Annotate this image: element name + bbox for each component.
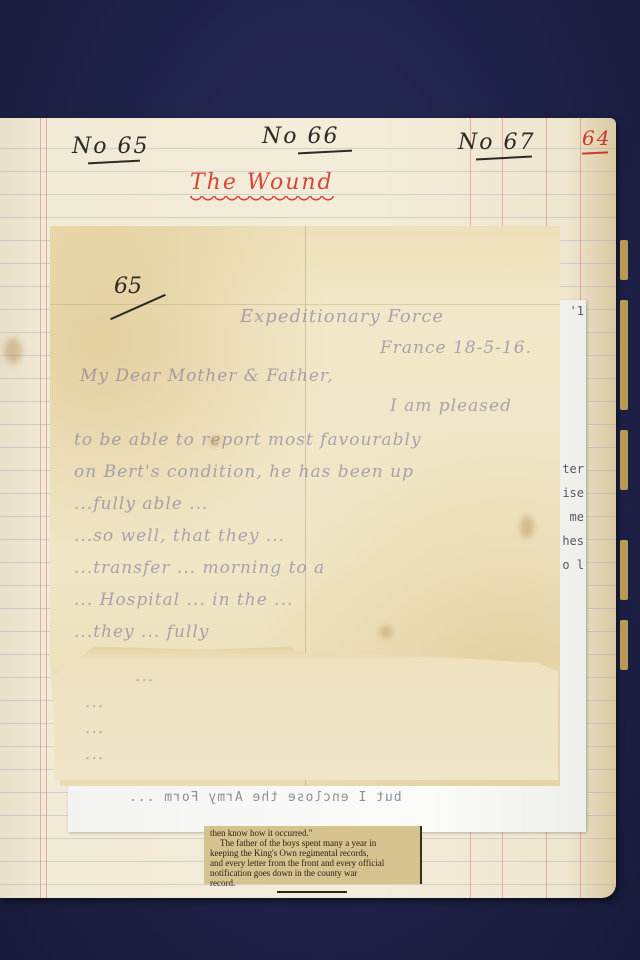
inverted-line: ... bbox=[84, 726, 103, 746]
page-number: 64 bbox=[582, 126, 611, 154]
letter-line: on Bert's condition, he has been up bbox=[74, 462, 414, 482]
letter-item-number: 65 bbox=[114, 274, 142, 299]
entry-number-66: No 66 bbox=[262, 124, 352, 153]
letter-line: ...transfer ... morning to a bbox=[74, 558, 325, 578]
mirrored-typed-line: but I enclose the Army Form ... bbox=[128, 790, 402, 805]
clipping-line: and every letter from the front and ever… bbox=[210, 858, 414, 868]
letter-line: ... Hospital ... in the ... bbox=[74, 590, 293, 610]
typed-fragment: hes bbox=[562, 534, 584, 548]
clipping-line: notification goes down in the county war bbox=[210, 868, 414, 878]
entry-number-67: No 67 bbox=[458, 130, 535, 159]
letter-date: France 18-5-16. bbox=[380, 338, 532, 358]
letter-salutation: My Dear Mother & Father, bbox=[80, 366, 334, 386]
typed-fragment: ise bbox=[562, 486, 584, 500]
inverted-line: ... bbox=[84, 752, 103, 772]
letter-line: ...fully able ... bbox=[74, 494, 208, 514]
section-title: The Wound bbox=[190, 170, 334, 202]
typed-fragment: o l bbox=[562, 558, 584, 572]
clipping-line: then know how it occurred." bbox=[210, 828, 414, 838]
entry-number-65: No 65 bbox=[72, 134, 149, 163]
newspaper-clipping: then know how it occurred." The father o… bbox=[204, 826, 422, 884]
letter-line: ...they ... fully bbox=[74, 622, 209, 642]
page-edge-tabs bbox=[620, 240, 632, 670]
letter-line: I am pleased bbox=[390, 396, 512, 416]
typed-fragment: me bbox=[570, 510, 584, 524]
clipping-line: The father of the boys spent many a year… bbox=[210, 838, 414, 848]
letter-header: Expeditionary Force bbox=[240, 306, 444, 327]
inverted-line: ... bbox=[84, 700, 103, 720]
typed-fragment: '1 bbox=[570, 304, 584, 318]
clipping-line: keeping the King's Own regimental record… bbox=[210, 848, 414, 858]
letter-line: ...so well, that they ... bbox=[74, 526, 285, 546]
clipping-end-rule bbox=[277, 891, 347, 893]
clipping-line: record. bbox=[210, 878, 414, 888]
letter-line: to be able to report most favourably bbox=[74, 430, 422, 450]
inverted-line: ... bbox=[134, 674, 153, 694]
typed-fragment: ter bbox=[562, 462, 584, 476]
folded-letter-flap: ... ... ... ... bbox=[54, 644, 558, 780]
